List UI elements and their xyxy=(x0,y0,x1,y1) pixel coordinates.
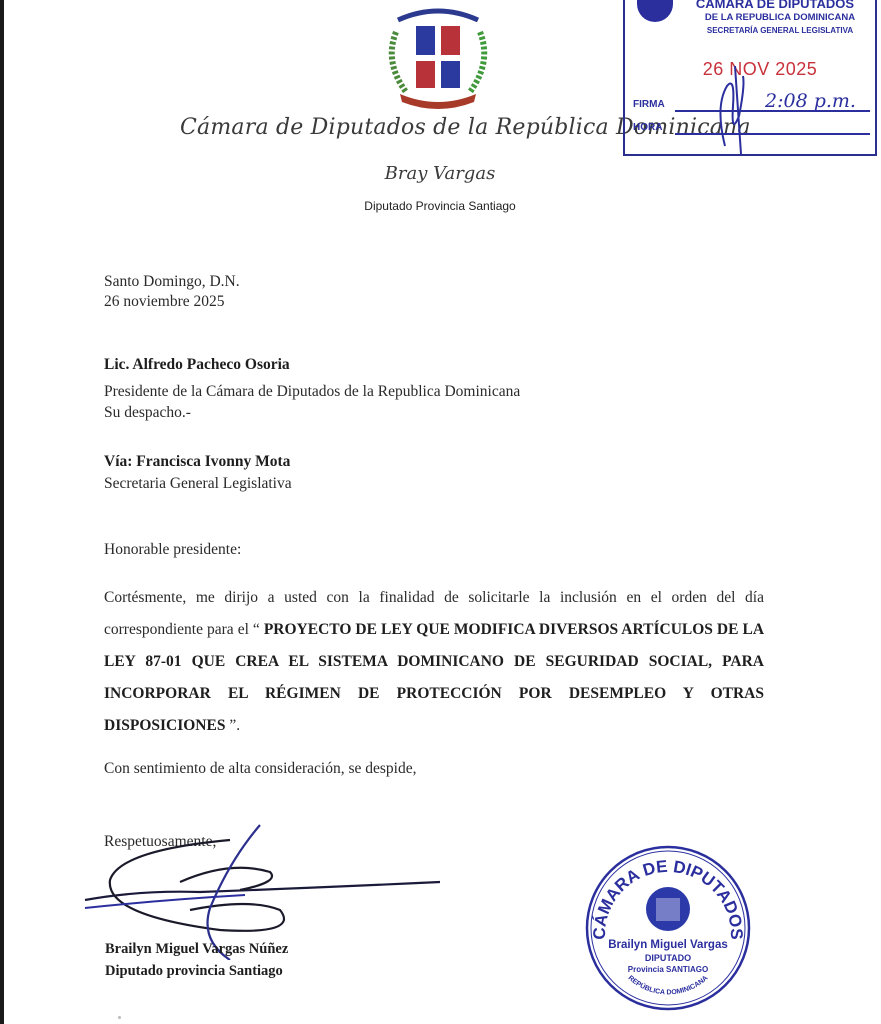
letterhead-name: Bray Vargas xyxy=(330,163,550,184)
stamp-logo-icon xyxy=(637,0,673,22)
speck xyxy=(118,1016,121,1019)
svg-text:Provincia SANTIAGO: Provincia SANTIAGO xyxy=(628,965,708,974)
via-title: Secretaria General Legislativa xyxy=(104,474,292,494)
svg-text:DIPUTADO: DIPUTADO xyxy=(645,953,691,963)
letterhead-institution: Cámara de Diputados de la República Domi… xyxy=(180,115,700,140)
svg-text:Brailyn Miguel Vargas: Brailyn Miguel Vargas xyxy=(608,939,728,951)
salutation: Honorable presidente: xyxy=(104,540,241,560)
via-name: Vía: Francisca Ivonny Mota xyxy=(104,452,290,472)
stamp-handwritten-time: 2:08 p.m. xyxy=(765,90,856,112)
open-quote: “ xyxy=(253,621,260,638)
body-paragraph: Cortésmente, me dirijo a usted con la fi… xyxy=(104,582,764,742)
close-quote: ”. xyxy=(225,717,240,734)
stamp-line-1: CÁMARA DE DIPUTADOS xyxy=(675,0,875,11)
letter-place: Santo Domingo, D.N. xyxy=(104,272,240,292)
reception-stamp: CÁMARA DE DIPUTADOS DE LA REPUBLICA DOMI… xyxy=(623,0,877,156)
recipient-name: Lic. Alfredo Pacheco Osoria xyxy=(104,355,290,375)
stamp-hora-label: HORA xyxy=(633,122,662,133)
coat-of-arms-icon xyxy=(378,2,498,112)
recipient-closing: Su despacho.- xyxy=(104,403,191,423)
stamp-line-2: DE LA REPUBLICA DOMINICANA xyxy=(685,12,875,23)
stamp-firma-label: FIRMA xyxy=(633,99,665,110)
svg-text:REPÚBLICA DOMINICANA: REPÚBLICA DOMINICANA xyxy=(627,975,710,997)
letterhead-subtitle: Diputado Provincia Santiago xyxy=(330,199,550,213)
signer-title: Diputado provincia Santiago xyxy=(105,961,283,981)
official-seal-icon: CÁMARA DE DIPUTADOS Brailyn Miguel Varga… xyxy=(583,843,753,1013)
recipient-title: Presidente de la Cámara de Diputados de … xyxy=(104,382,520,402)
signer-name: Brailyn Miguel Vargas Núñez xyxy=(105,939,288,959)
page-edge xyxy=(0,0,4,1024)
farewell: Con sentimiento de alta consideración, s… xyxy=(104,759,417,779)
letter-date: 26 noviembre 2025 xyxy=(104,292,225,312)
stamp-initials-signature-icon xyxy=(705,66,765,156)
stamp-line-3: SECRETARÍA GENERAL LEGISLATIVA xyxy=(685,26,875,35)
